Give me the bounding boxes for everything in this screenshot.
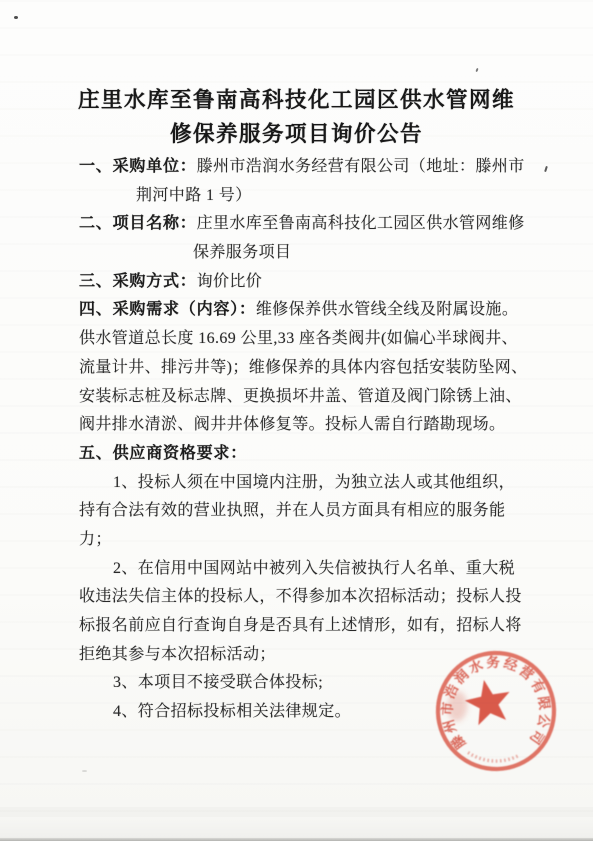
company-seal: 滕州市浩润水务经营有限公司	[419, 634, 573, 788]
project-name-value: 庄里水库至鲁南高科技化工园区供水管网维修	[197, 215, 525, 232]
scan-shadow-band	[0, 807, 593, 817]
line-qual-item1-3: 力；	[79, 526, 539, 555]
scan-speck	[475, 68, 478, 72]
line-purchaser: 一、采购单位：滕州市浩润水务经营有限公司（地址：滕州市	[79, 153, 539, 182]
line-qual-item2-2: 收违法失信主体的投标人，不得参加本次招标活动；投标人投	[79, 583, 539, 612]
qualification-label: 五、供应商资格要求：	[79, 445, 247, 462]
seal-serial-marks	[468, 752, 518, 762]
title-line1: 庄里水库至鲁南高科技化工园区供水管网维	[78, 88, 515, 112]
purchaser-label: 一、采购单位：	[79, 158, 197, 175]
seal-star-icon	[462, 676, 515, 727]
line-project-name: 二、项目名称：庄里水库至鲁南高科技化工园区供水管网维修	[79, 210, 539, 239]
scanned-page: 庄里水库至鲁南高科技化工园区供水管网维 修保养服务项目询价公告 一、采购单位：滕…	[0, 0, 593, 841]
project-name-label: 二、项目名称：	[79, 215, 197, 232]
requirements-value: 维修保养供水管线全线及附属设施。	[256, 301, 518, 318]
title-line2: 修保养服务项目询价公告	[170, 122, 423, 146]
purchaser-value: 滕州市浩润水务经营有限公司（地址：滕州市	[197, 158, 525, 175]
line-requirements-3: 流量计井、排污井等)；维修保养的具体内容包括安装防坠网、	[79, 354, 539, 383]
line-qualification-header: 五、供应商资格要求：	[79, 440, 539, 469]
line-requirements: 四、采购需求（内容）：维修保养供水管线全线及附属设施。	[79, 296, 539, 325]
procurement-method-label: 三、采购方式：	[79, 273, 197, 290]
line-requirements-5: 阀井排水清淤、阀井井体修复等。投标人需自行踏勘现场。	[79, 411, 539, 440]
line-qual-item2-1: 2、在信用中国网站中被列入失信被执行人名单、重大税	[79, 555, 539, 584]
procurement-method-value: 询价比价	[197, 273, 263, 290]
line-qual-item1-1: 1、投标人须在中国境内注册，为独立法人或其他组织，	[79, 469, 539, 498]
line-procurement-method: 三、采购方式：询价比价	[79, 268, 539, 297]
scan-speck	[82, 770, 87, 772]
line-requirements-2: 供水管道总长度 16.69 公里,33 座各类阀井(如偏心半球阀井、	[79, 325, 539, 354]
page-title: 庄里水库至鲁南高科技化工园区供水管网维 修保养服务项目询价公告	[0, 84, 593, 151]
scan-speck	[14, 16, 18, 19]
line-project-name-cont: 保养服务项目	[79, 239, 539, 268]
line-qual-item1-2: 持有合法有效的营业执照，并在人员方面具有相应的服务能	[79, 497, 539, 526]
requirements-label: 四、采购需求（内容）：	[79, 301, 256, 318]
line-requirements-4: 安装标志桩及标志牌、更换损坏井盖、管道及阀门除锈上油、	[79, 383, 539, 412]
scan-speck	[544, 166, 548, 172]
line-purchaser-address: 荆河中路 1 号）	[79, 182, 539, 211]
